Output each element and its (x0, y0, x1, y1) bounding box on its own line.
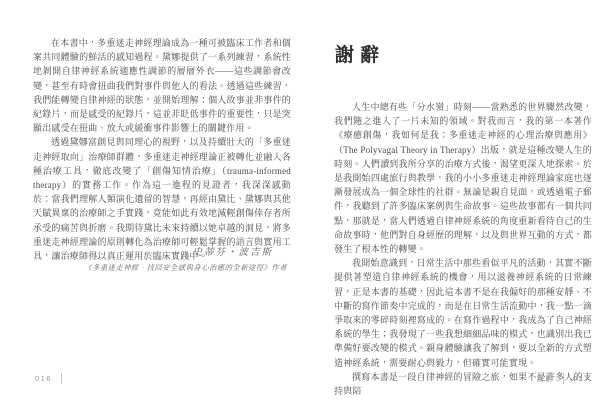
author-signature: 史蒂芬・波吉斯 (33, 244, 291, 258)
footer-divider (563, 373, 564, 384)
foreword-paragraph-1: 在本書中，多重迷走神經理論成為一種可被臨床工作者和個案共同體驗的鮮活的感知過程。… (33, 36, 291, 135)
right-page: 謝辭 人生中總有些「分水嶺」時刻——當熟悉的世界驟然改變，我們隨之進入了一片未知… (300, 0, 600, 406)
footer-divider (61, 373, 62, 384)
right-page-footer: 謝辭 017 (537, 373, 590, 384)
signature-block: 史蒂芬・波吉斯 《多重迷走神經．找回安全感與身心治癒的全新途徑》作者 (33, 244, 291, 273)
left-page-body: 在本書中，多重迷走神經理論成為一種可被臨床工作者和個案共同體驗的鮮活的感知過程。… (33, 36, 291, 263)
right-page-number: 017 (573, 374, 590, 383)
author-credit-line: 《多重迷走神經．找回安全感與身心治癒的全新途徑》作者 (33, 263, 291, 273)
acknowledgments-paragraph-1: 人生中總有些「分水嶺」時刻——當熟悉的世界驟然改變，我們隨之進入了一片未知的領域… (334, 100, 592, 256)
left-page-number: 016 (35, 374, 52, 383)
acknowledgments-paragraph-2: 我開始意識到，日常生活中那些看似平凡的活動，其實不斷提供著塑造自律神經系統的機會… (334, 256, 592, 370)
chapter-title: 謝辭 (335, 40, 385, 67)
right-page-body: 人生中總有些「分水嶺」時刻——當熟悉的世界驟然改變，我們隨之進入了一片未知的領域… (334, 100, 592, 398)
left-page: 在本書中，多重迷走神經理論成為一種可被臨床工作者和個案共同體驗的鮮活的感知過程。… (0, 0, 300, 406)
left-page-footer: 016 (35, 373, 62, 384)
running-head-chapter: 謝辭 (537, 374, 554, 384)
book-spread: 在本書中，多重迷走神經理論成為一種可被臨床工作者和個案共同體驗的鮮活的感知過程。… (0, 0, 600, 406)
